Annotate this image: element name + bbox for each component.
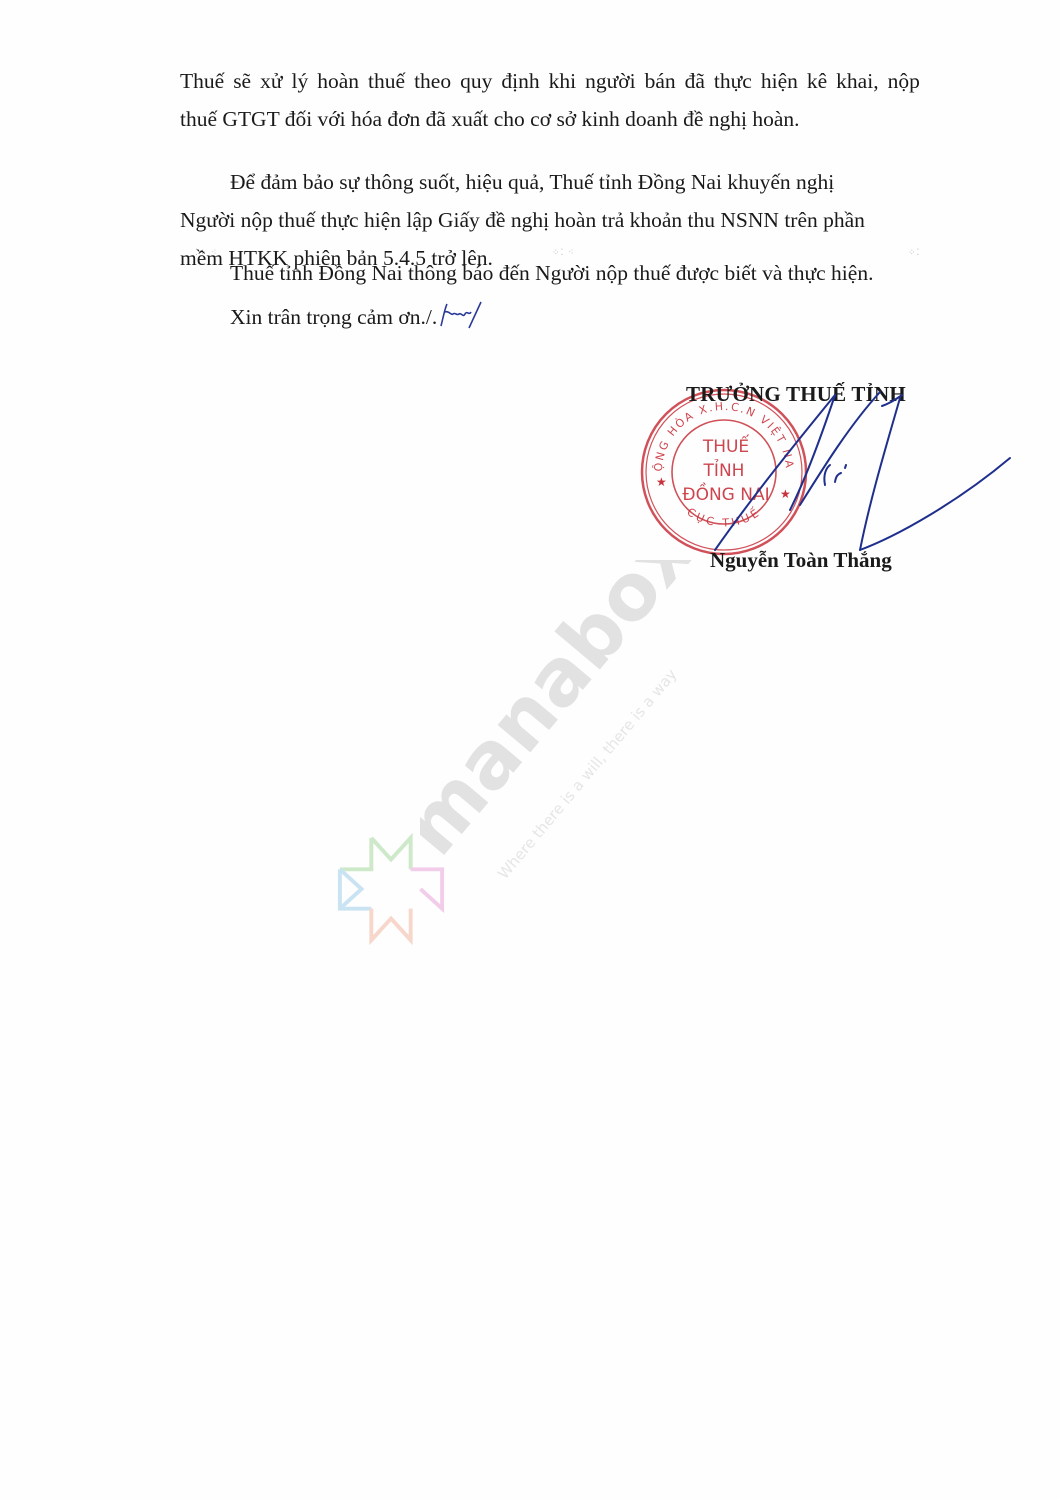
- paragraph-thanks: Xin trân trọng cảm ơn./.: [180, 298, 920, 336]
- thanks-text: Xin trân trọng cảm ơn./.: [230, 305, 437, 329]
- text-line: Để đảm bảo sự thông suốt, hiệu quả, Thuế…: [180, 163, 920, 201]
- watermark-logo-icon: [332, 830, 450, 948]
- text-line: Xin trân trọng cảm ơn./.: [180, 298, 920, 336]
- watermark-brand: manabox: [420, 560, 713, 872]
- paragraph-refund-processing: Thuếsẽxửlýhoànthuếtheoquyđịnhkhingườibán…: [180, 62, 920, 138]
- initials-signature-icon: [437, 300, 487, 330]
- watermark: manabox Where there is a will, there is …: [420, 560, 780, 920]
- text-line: thuế GTGT đối với hóa đơn đã xuất cho cơ…: [180, 100, 920, 138]
- handwritten-signature-icon: [640, 390, 1030, 580]
- text-line: Người nộp thuế thực hiện lập Giấy đề ngh…: [180, 201, 920, 239]
- text-line: Thuế tỉnh Đồng Nai thông báo đến Người n…: [180, 254, 920, 292]
- document-page: manabox Where there is a will, there is …: [0, 0, 1060, 1500]
- paragraph-notice: Thuế tỉnh Đồng Nai thông báo đến Người n…: [180, 254, 920, 292]
- text-line: Thuếsẽxửlýhoànthuếtheoquyđịnhkhingườibán…: [180, 62, 920, 100]
